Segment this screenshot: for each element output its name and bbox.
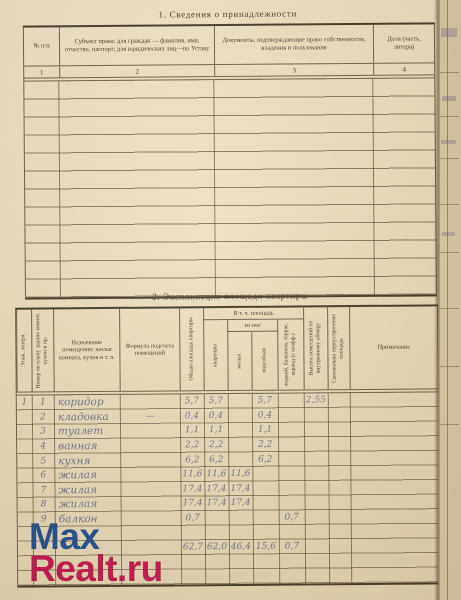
total-area-value: 17,4 (181, 499, 205, 509)
room-name: кладовка (54, 411, 120, 424)
ownership-table-header: № п/п Субъект права: для граждан — фамил… (24, 24, 434, 65)
apartment-area-value: 17,4 (204, 484, 228, 494)
col-header-ceiling-height: Высота помещений по внутреннему обмеру (303, 307, 328, 389)
column-number: 1 (24, 66, 59, 77)
total-area-value: 5,7 (180, 397, 204, 407)
apartment-area-value: 5,7 (204, 396, 228, 406)
room-name: кухня (54, 455, 120, 468)
total-area-value: 0,7 (181, 513, 205, 523)
apartment-area-value: 17,4 (205, 498, 229, 508)
apartment-area-value: 11,6 (204, 469, 228, 479)
auxiliary-area-value: 6,2 (252, 454, 278, 464)
total-area-sum: 62,7 (181, 542, 205, 552)
living-area-sum: 46,4 (229, 542, 253, 552)
col-header-floor-label: Этаж, литера (21, 335, 28, 367)
plan-number-value: 2 (32, 412, 54, 422)
adjacent-page-text-smudge (442, 96, 456, 101)
ownership-table-title: 1. Сведения о принадлежности (23, 7, 433, 20)
apartment-area-sum: 62,0 (205, 542, 229, 552)
apartment-area-value: 2,2 (204, 440, 228, 450)
apartment-area-value: 6,2 (204, 455, 228, 465)
floor-value: 1 (17, 398, 32, 408)
col-header-auxiliary-area-label: подсобная (261, 348, 268, 373)
living-area-value: 17,4 (228, 484, 252, 494)
col-header-plan-number: Номер по плану здания комнат, кухни и пр… (31, 309, 54, 391)
column-divider (372, 79, 375, 295)
column-divider (213, 80, 216, 296)
adjacent-page-line (440, 366, 459, 367)
col-header-ceiling-height-label: Высота помещений по внутреннему обмеру (308, 307, 323, 389)
adjacent-page-table-line (447, 0, 448, 600)
balcony-area-sum: 0,7 (279, 542, 305, 552)
plan-number-value: 4 (32, 441, 54, 451)
room-name: коридор (54, 396, 120, 409)
col-header-share: Доля (часть, литера) (373, 24, 434, 62)
col-header-note: Примечание (349, 306, 438, 389)
col-header-living-area-label: жилая (236, 353, 243, 368)
maxrealt-watermark: Max Realt.ru (29, 521, 163, 585)
balcony-area-value: 0,7 (279, 512, 305, 522)
col-header-balcony-area-label: лоджий, балконов, террас, веранд (с коэф… (284, 319, 299, 389)
col-header-living-area: жилая (227, 332, 251, 390)
col-header-floor: Этаж, литера (16, 310, 32, 392)
room-name: жилая (54, 484, 120, 497)
total-area-value: 11,6 (180, 469, 204, 479)
col-header-total-area: Общая площадь квартиры (179, 308, 204, 390)
total-area-value: 2,2 (180, 440, 204, 450)
adjacent-page-line (440, 72, 459, 73)
adjacent-page-text-smudge (441, 140, 456, 144)
plan-number-value: 6 (32, 471, 54, 481)
ceiling-height-value: 2,55 (304, 396, 328, 406)
living-area-value: 17,4 (229, 498, 253, 508)
auxiliary-area-value: 5,7 (252, 396, 278, 406)
apartment-area-value: 0,4 (204, 411, 228, 421)
col-header-apartment-area-label: квартиры (212, 344, 219, 367)
adjacent-page-line (440, 204, 459, 205)
auxiliary-area-sum: 15,6 (253, 542, 279, 552)
adjacent-page-line (440, 158, 459, 159)
adjacent-page-line (440, 252, 459, 253)
adjacent-page-line (440, 116, 459, 117)
explication-table-title: 2. Экспликация площади квартиры (25, 289, 435, 302)
col-group-header-incl-area: В т. ч. площадь (203, 307, 303, 320)
adjacent-page-line (440, 424, 459, 425)
plan-number-value: 7 (32, 485, 54, 495)
col-header-row-number: № п/п (24, 27, 59, 65)
col-header-total-area-label: Общая площадь квартиры (188, 318, 196, 381)
col-header-unauthorized-area: Самовольно переустроенная площадь (327, 307, 350, 389)
watermark-realt-text: Realt.ru (29, 553, 163, 585)
total-area-value: 1,1 (180, 426, 204, 436)
apartment-area-value: 1,1 (204, 426, 228, 436)
auxiliary-area-value: 2,2 (252, 440, 278, 450)
column-number: 3 (214, 64, 373, 76)
adjacent-page-text-smudge (442, 232, 455, 236)
auxiliary-area-value: 0,4 (252, 411, 278, 421)
room-name: туалет (54, 425, 120, 438)
room-name: ванная (54, 440, 120, 453)
living-area-value: 11,6 (228, 469, 252, 479)
adjacent-page-edge (438, 0, 461, 600)
total-area-value: 0,4 (180, 411, 204, 421)
scanned-document-page: 1. Сведения о принадлежности № п/п Субъе… (0, 0, 461, 600)
explication-table-header: Этаж, литера Номер по плану здания комна… (16, 306, 438, 391)
col-header-documents: Документы, подтверждающие право собствен… (214, 25, 373, 64)
plan-number-value: 8 (33, 500, 55, 510)
adjacent-page-text-smudge (441, 28, 457, 37)
plan-number-value: 1 (32, 398, 54, 408)
column-number: 4 (373, 63, 434, 74)
total-area-value: 6,2 (180, 455, 204, 465)
page-fold-shadow (434, 0, 440, 600)
col-header-unauthorized-area-label: Самовольно переустроенная площадь (331, 307, 346, 389)
room-name: жилая (54, 469, 120, 482)
ownership-table-empty-rows (24, 78, 436, 297)
column-divider (58, 81, 61, 297)
total-area-value: 17,4 (180, 484, 204, 494)
plan-number-value: 3 (32, 427, 54, 437)
col-header-balcony-area: лоджий, балконов, террас, веранд (с коэф… (277, 319, 304, 389)
room-name: жилая (55, 498, 121, 511)
adjacent-page-line (440, 308, 459, 309)
formula-value: — (120, 411, 180, 421)
col-header-plan-number-label: Номер по плану здания комнат, кухни и пр… (35, 309, 50, 391)
col-header-auxiliary-area: подсобная (251, 332, 277, 390)
auxiliary-area-value: 1,1 (252, 425, 278, 435)
ownership-table: № п/п Субъект права: для граждан — фамил… (23, 22, 437, 299)
col-header-room-purpose: Назначение помещения: жилая комната, кух… (53, 309, 120, 392)
col-header-apartment-area: квартиры (203, 320, 228, 390)
column-number: 2 (59, 65, 214, 77)
col-header-formula: Формула подсчета помещений (119, 308, 180, 390)
col-subgroup-header-of-it: из нее (227, 320, 277, 332)
plan-number-value: 5 (32, 456, 54, 466)
col-header-subject-of-right: Субъект права: для граждан — фамилия, им… (59, 26, 214, 65)
